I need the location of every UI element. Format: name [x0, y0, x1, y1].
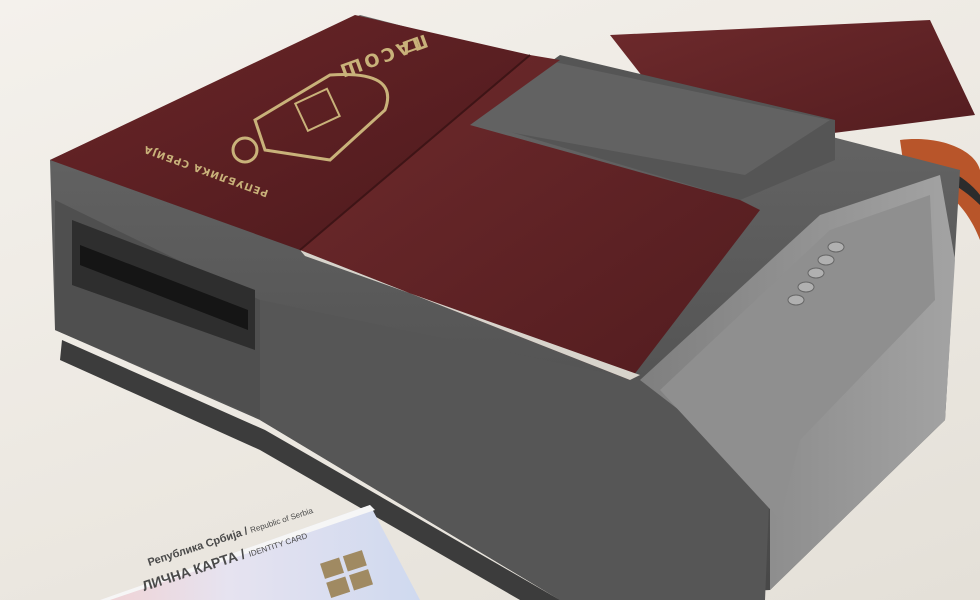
scene-drawing [0, 0, 980, 600]
